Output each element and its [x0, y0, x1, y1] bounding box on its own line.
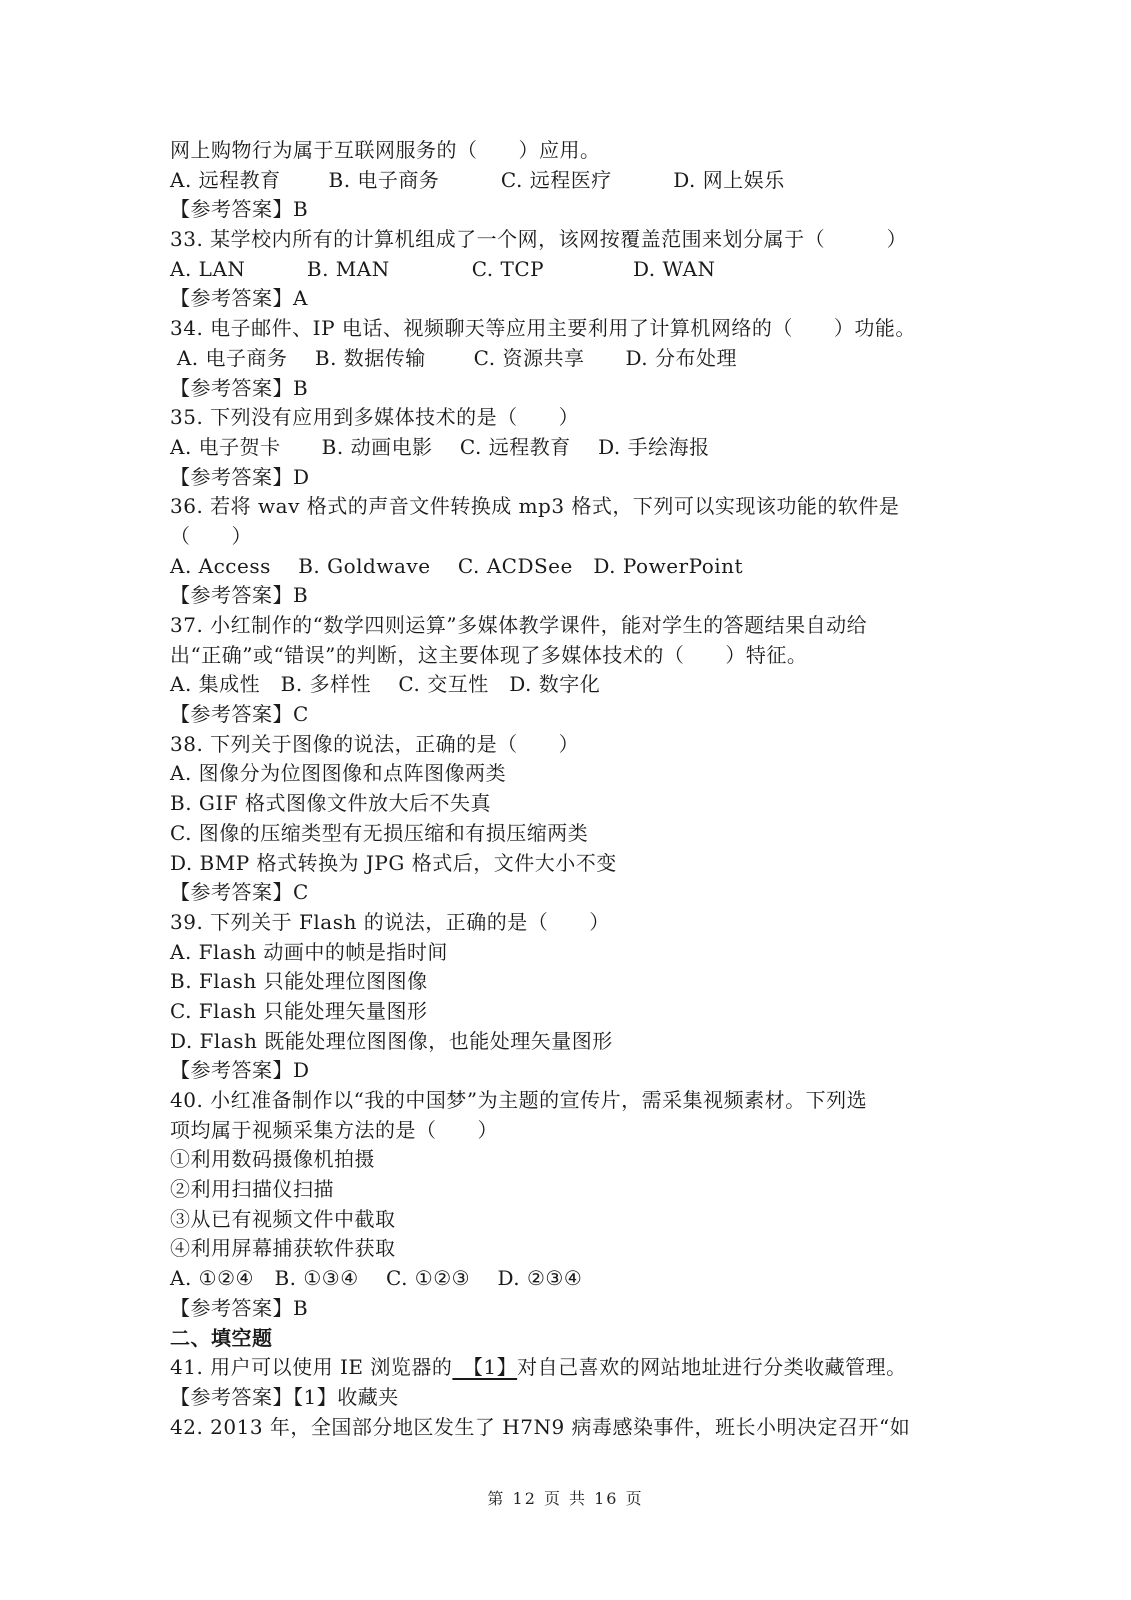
- answer-line: 【参考答案】B: [170, 581, 970, 611]
- option-a: A. 图像分为位图图像和点阵图像两类: [170, 759, 970, 789]
- answer-line: 【参考答案】A: [170, 284, 970, 314]
- question-stem: 网上购物行为属于互联网服务的（ ）应用。: [170, 136, 970, 166]
- question-options: A. ①②④ B. ①③④ C. ①②③ D. ②③④: [170, 1264, 970, 1294]
- answer-line: 【参考答案】B: [170, 1294, 970, 1324]
- document-page: 网上购物行为属于互联网服务的（ ）应用。 A. 远程教育 B. 电子商务 C. …: [0, 0, 1131, 1600]
- option-d: D. BMP 格式转换为 JPG 格式后，文件大小不变: [170, 849, 970, 879]
- option-c: C. 图像的压缩类型有无损压缩和有损压缩两类: [170, 819, 970, 849]
- answer-line: 【参考答案】B: [170, 374, 970, 404]
- statement-4: ④利用屏幕捕获软件获取: [170, 1234, 970, 1264]
- answer-line: 【参考答案】C: [170, 878, 970, 908]
- q41-before: 41. 用户可以使用 IE 浏览器的: [170, 1355, 452, 1379]
- q41-after: 对自己喜欢的网站地址进行分类收藏管理。: [517, 1355, 907, 1379]
- question-options: A. 远程教育 B. 电子商务 C. 远程医疗 D. 网上娱乐: [170, 166, 970, 196]
- question-41: 41. 用户可以使用 IE 浏览器的 【1】对自己喜欢的网站地址进行分类收藏管理…: [170, 1353, 970, 1383]
- statement-3: ③从已有视频文件中截取: [170, 1205, 970, 1235]
- question-stem-cont: 项均属于视频采集方法的是（ ）: [170, 1116, 970, 1146]
- question-stem: 40. 小红准备制作以“我的中国梦”为主题的宣传片，需采集视频素材。下列选: [170, 1086, 970, 1116]
- answer-line: 【参考答案】D: [170, 1056, 970, 1086]
- option-d: D. Flash 既能处理位图图像，也能处理矢量图形: [170, 1027, 970, 1057]
- answer-line: 【参考答案】【1】收藏夹: [170, 1383, 970, 1413]
- question-stem-cont: （ ）: [170, 522, 970, 552]
- question-stem: 33. 某学校内所有的计算机组成了一个网，该网按覆盖范围来划分属于（ ）: [170, 225, 970, 255]
- page-footer: 第 12 页 共 16 页: [0, 1486, 1131, 1509]
- question-42: 42. 2013 年，全国部分地区发生了 H7N9 病毒感染事件，班长小明决定召…: [170, 1413, 970, 1443]
- option-b: B. Flash 只能处理位图图像: [170, 967, 970, 997]
- statement-1: ①利用数码摄像机拍摄: [170, 1145, 970, 1175]
- question-options: A. 集成性 B. 多样性 C. 交互性 D. 数字化: [170, 670, 970, 700]
- option-b: B. GIF 格式图像文件放大后不失真: [170, 789, 970, 819]
- statement-2: ②利用扫描仪扫描: [170, 1175, 970, 1205]
- option-a: A. Flash 动画中的帧是指时间: [170, 938, 970, 968]
- question-options: A. LAN B. MAN C. TCP D. WAN: [170, 255, 970, 285]
- question-stem: 37. 小红制作的“数学四则运算”多媒体教学课件，能对学生的答题结果自动给: [170, 611, 970, 641]
- page-content: 网上购物行为属于互联网服务的（ ）应用。 A. 远程教育 B. 电子商务 C. …: [170, 136, 970, 1442]
- question-stem: 35. 下列没有应用到多媒体技术的是（ ）: [170, 403, 970, 433]
- question-stem-cont: 出“正确”或“错误”的判断，这主要体现了多媒体技术的（ ）特征。: [170, 641, 970, 671]
- q41-blank: 【1】: [452, 1355, 517, 1379]
- question-options: A. 电子贺卡 B. 动画电影 C. 远程教育 D. 手绘海报: [170, 433, 970, 463]
- question-stem: 34. 电子邮件、IP 电话、视频聊天等应用主要利用了计算机网络的（ ）功能。: [170, 314, 970, 344]
- answer-line: 【参考答案】B: [170, 195, 970, 225]
- answer-line: 【参考答案】C: [170, 700, 970, 730]
- section-heading: 二、填空题: [170, 1324, 970, 1354]
- option-c: C. Flash 只能处理矢量图形: [170, 997, 970, 1027]
- question-options: A. Access B. Goldwave C. ACDSee D. Power…: [170, 552, 970, 582]
- question-options: A. 电子商务 B. 数据传输 C. 资源共享 D. 分布处理: [170, 344, 970, 374]
- question-stem: 38. 下列关于图像的说法，正确的是（ ）: [170, 730, 970, 760]
- question-stem: 39. 下列关于 Flash 的说法，正确的是（ ）: [170, 908, 970, 938]
- answer-line: 【参考答案】D: [170, 463, 970, 493]
- question-stem: 36. 若将 wav 格式的声音文件转换成 mp3 格式，下列可以实现该功能的软…: [170, 492, 970, 522]
